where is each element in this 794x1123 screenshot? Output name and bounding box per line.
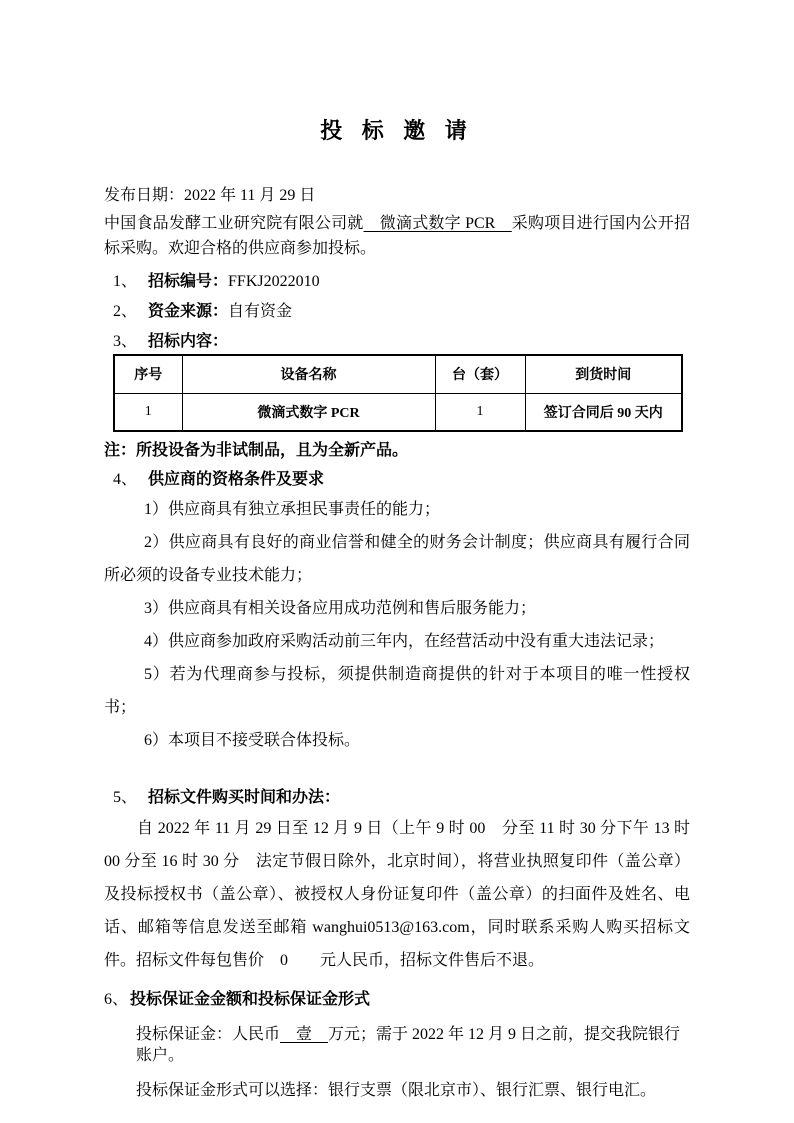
deposit-amount-underlined: 壹 (280, 1026, 328, 1043)
header-device-name: 设备名称 (182, 355, 435, 393)
section-number: 6、 (104, 990, 128, 1010)
deposit-amount-line: 投标保证金：人民币 壹 万元；需于 2022 年 12 月 9 日之前，提交我院… (104, 1024, 690, 1066)
item-number: 3、 (113, 333, 148, 351)
cell-quantity: 1 (435, 393, 525, 431)
equipment-table: 序号 设备名称 台（套） 到货时间 1 微滴式数字 PCR 1 签订合同后 90… (113, 354, 683, 432)
item-label: 资金来源： (148, 303, 228, 320)
document-page: 投 标 邀 请 发布日期：2022 年 11 月 29 日 中国食品发酵工业研究… (0, 0, 794, 1123)
section4-heading: 4、供应商的资格条件及要求 (104, 470, 690, 490)
item-value: FFKJ2022010 (228, 273, 320, 290)
requirement-item: 2）供应商具有良好的商业信誉和健全的财务会计制度；供应商具有履行合同所必须的设备… (104, 526, 690, 592)
intro-underlined-item: 微滴式数字 PCR (364, 215, 512, 232)
requirement-item: 4）供应商参加政府采购活动前三年内，在经营活动中没有重大违法记录； (104, 625, 690, 658)
cell-delivery-time: 签订合同后 90 天内 (525, 393, 682, 431)
item-number: 1、 (113, 273, 148, 291)
item-tender-content: 3、招标内容： (104, 333, 690, 351)
cell-device-name: 微滴式数字 PCR (182, 393, 435, 431)
header-serial: 序号 (114, 355, 182, 393)
requirement-item: 6）本项目不接受联合体投标。 (104, 724, 690, 757)
publish-date: 发布日期：2022 年 11 月 29 日 (104, 186, 690, 206)
section-title: 招标文件购买时间和办法： (148, 789, 340, 806)
item-value: 自有资金 (228, 303, 292, 320)
page-title: 投 标 邀 请 (104, 116, 690, 146)
intro-text-before: 中国食品发酵工业研究院有限公司就 (104, 215, 364, 232)
section4-requirements-list: 1）供应商具有独立承担民事责任的能力； 2）供应商具有良好的商业信誉和健全的财务… (104, 493, 690, 757)
intro-paragraph: 中国食品发酵工业研究院有限公司就 微滴式数字 PCR 采购项目进行国内公开招标采… (104, 211, 690, 261)
item-number: 2、 (113, 303, 148, 321)
header-quantity: 台（套） (435, 355, 525, 393)
section-number: 5、 (113, 788, 148, 808)
section-title: 投标保证金金额和投标保证金形式 (130, 991, 370, 1008)
requirement-item: 5）若为代理商参与投标，须提供制造商提供的针对于本项目的唯一性授权书； (104, 658, 690, 724)
cell-serial: 1 (114, 393, 182, 431)
section-number: 4、 (113, 470, 148, 490)
section6-heading: 6、投标保证金金额和投标保证金形式 (104, 990, 690, 1010)
section-title: 供应商的资格条件及要求 (148, 471, 324, 488)
table-note: 注：所投设备为非试制品，且为全新产品。 (104, 441, 690, 461)
deposit-text-before: 投标保证金：人民币 (136, 1026, 280, 1043)
table-header-row: 序号 设备名称 台（套） 到货时间 (114, 355, 682, 393)
item-fund-source: 2、资金来源：自有资金 (104, 303, 690, 321)
requirement-item: 1）供应商具有独立承担民事责任的能力； (104, 493, 690, 526)
item-tender-number: 1、招标编号：FFKJ2022010 (104, 273, 690, 291)
item-label: 招标编号： (148, 273, 228, 290)
header-delivery-time: 到货时间 (525, 355, 682, 393)
section5-heading: 5、招标文件购买时间和办法： (104, 788, 690, 808)
deposit-form-line: 投标保证金形式可以选择：银行支票（限北京市）、银行汇票、银行电汇。 (104, 1080, 690, 1101)
requirement-item: 3）供应商具有相关设备应用成功范例和售后服务能力； (104, 592, 690, 625)
item-label: 招标内容： (148, 333, 228, 350)
table-row: 1 微滴式数字 PCR 1 签订合同后 90 天内 (114, 393, 682, 431)
section5-paragraph: 自 2022 年 11 月 29 日至 12 月 9 日（上午 9 时 00 分… (104, 812, 690, 977)
